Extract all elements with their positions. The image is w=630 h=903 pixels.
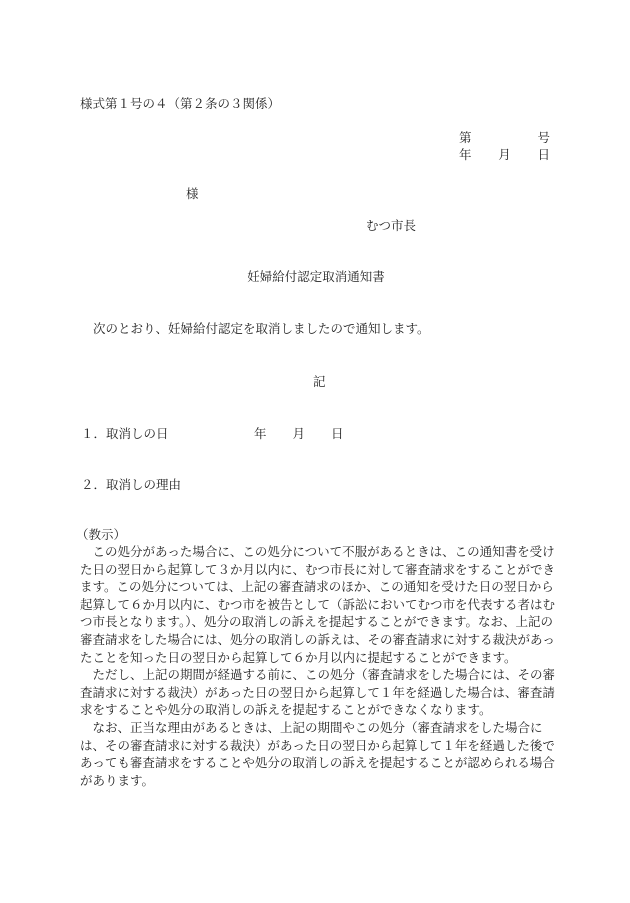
item-cancellation-date: １．取消しの日 年 月 日 bbox=[81, 424, 169, 442]
addressee: 様 bbox=[186, 184, 199, 202]
document-number-suffix: 号 bbox=[537, 129, 550, 146]
cancellation-date-month: 月 bbox=[293, 424, 306, 442]
cancellation-date-day: 日 bbox=[331, 424, 344, 442]
document-number-block: 第 号 年 月 日 bbox=[459, 129, 550, 163]
cancellation-date-year: 年 bbox=[254, 424, 267, 442]
sender: むつ市長 bbox=[366, 216, 416, 234]
instruction-body: この処分があった場合に、この処分について不服があるときは、この通知書を受けた日の… bbox=[80, 543, 555, 789]
document-title-text: 妊婦給付認定取消通知書 bbox=[247, 269, 385, 284]
intro-text: 次のとおり、妊婦給付認定を取消しましたので通知します。 bbox=[93, 319, 430, 337]
cancellation-date: 年 月 日 bbox=[254, 424, 370, 442]
instruction-paragraph: なお、正当な理由があるときは、上記の期間やこの処分（審査請求をした場合には、その… bbox=[80, 719, 555, 789]
instruction-heading: （教示） bbox=[76, 525, 126, 543]
document-date-row: 年 月 日 bbox=[459, 146, 550, 163]
document-date-year: 年 bbox=[459, 146, 472, 163]
instruction-paragraph: この処分があった場合に、この処分について不服があるときは、この通知書を受けた日の… bbox=[80, 543, 555, 666]
item-label: １．取消しの日 bbox=[81, 426, 169, 441]
ki-marker: 記 bbox=[313, 372, 326, 390]
form-number: 様式第１号の４（第２条の３関係） bbox=[80, 94, 280, 112]
document-title: 妊婦給付認定取消通知書 bbox=[0, 267, 630, 285]
document-date-day: 日 bbox=[537, 146, 550, 163]
instruction-paragraph: ただし、上記の期間が経過する前に、この処分（審査請求をした場合には、その審査請求… bbox=[80, 666, 555, 719]
document-date-month: 月 bbox=[498, 146, 511, 163]
document-number-prefix: 第 bbox=[459, 129, 472, 146]
item-label: ２．取消しの理由 bbox=[81, 477, 181, 492]
document-number-row: 第 号 bbox=[459, 129, 550, 146]
item-cancellation-reason: ２．取消しの理由 bbox=[81, 475, 181, 493]
